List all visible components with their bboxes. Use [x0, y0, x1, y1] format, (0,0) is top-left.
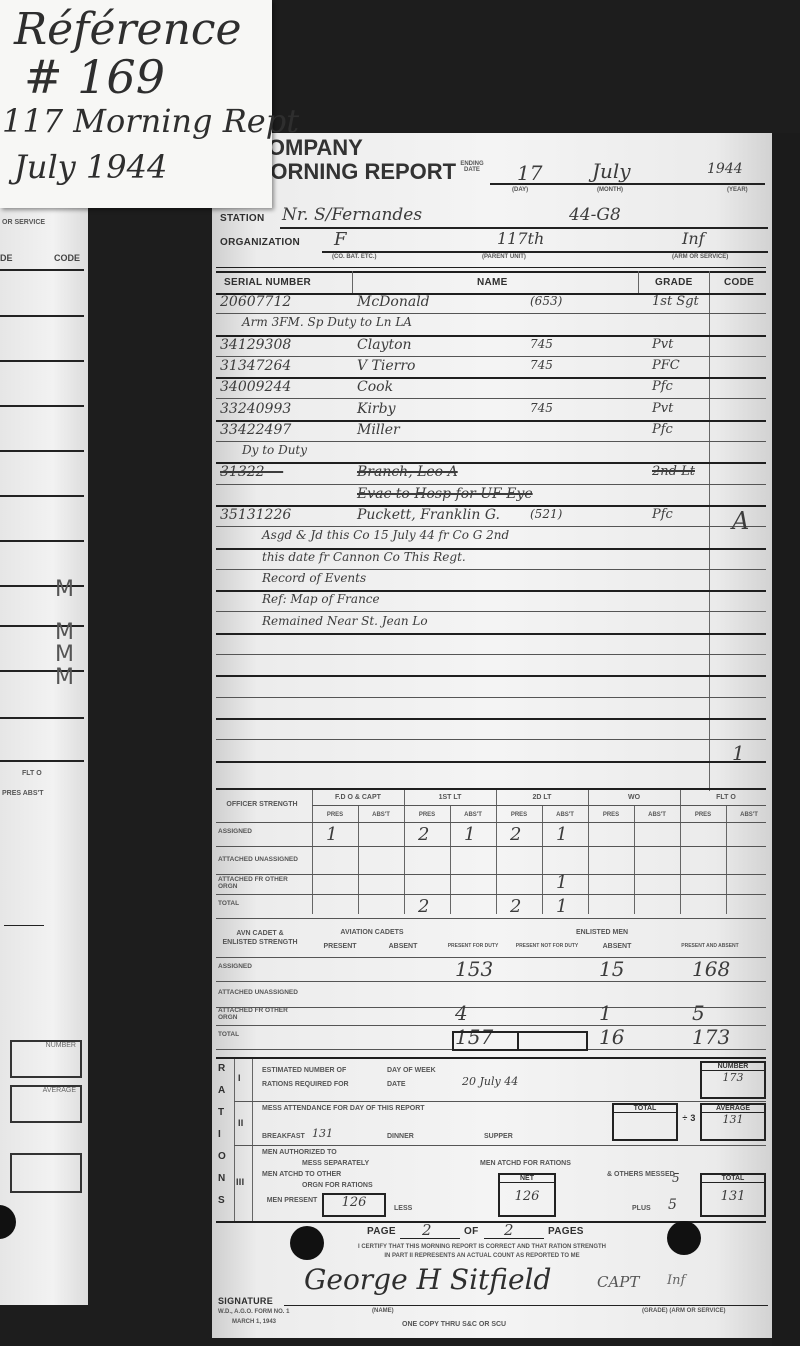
col-serial-number: SERIAL NUMBER	[224, 277, 311, 288]
left-rule	[0, 540, 84, 542]
table-row: Evac to Hosp for UF Eye	[212, 485, 772, 506]
officer-row-label: TOTAL	[218, 900, 308, 907]
rations-rule	[234, 1101, 766, 1102]
soldier-name: this date fr Cannon Co This Regt.	[262, 550, 466, 564]
officer-count: 1	[464, 824, 475, 845]
table-row: 35131226Puckett, Franklin G.(521)PfcA	[212, 506, 772, 527]
copy-note: ONE COPY THRU S&C OR SCU	[402, 1321, 506, 1328]
enlisted-rule	[216, 981, 766, 982]
rations-top-rule	[216, 1057, 766, 1059]
officer-count: 1	[556, 824, 567, 845]
table-row: 34009244CookPfc	[212, 378, 772, 399]
remark-row: Dy to Duty	[212, 442, 772, 463]
soldier-name: McDonald	[357, 294, 430, 310]
left-flt-o: FLT O	[22, 770, 42, 777]
serial-number: 33240993	[220, 401, 291, 417]
others-messed-label: & OTHERS MESSED	[607, 1171, 675, 1178]
enlisted-row-label: ASSIGNED	[218, 963, 308, 970]
soldier-name: Branch, Leo A	[357, 464, 458, 480]
ending-date-label: ENDING DATE	[457, 161, 487, 173]
atchd-for-rations-label: MEN ATCHD FOR RATIONS	[480, 1160, 571, 1167]
table-row	[212, 655, 772, 676]
left-average-box: AVERAGE	[10, 1085, 82, 1123]
officer-rule	[312, 805, 766, 806]
soldier-name: Record of Events	[262, 571, 366, 585]
left-rule	[0, 315, 84, 317]
officer-subcol: PRES	[588, 812, 634, 818]
specialty-code: 745	[530, 337, 553, 351]
col-code: CODE	[724, 277, 754, 288]
men-present-box: 126	[322, 1193, 386, 1217]
table-row	[212, 676, 772, 697]
section-ii-num: II	[238, 1118, 244, 1128]
left-rule	[0, 450, 84, 452]
enlisted-count: 1	[599, 1001, 612, 1025]
grade-sublabel: (GRADE) (ARM OR SERVICE)	[642, 1308, 726, 1314]
officer-subcol: ABS'T	[542, 812, 588, 818]
officer-col-divider	[496, 790, 497, 914]
organization-label: ORGANIZATION	[220, 237, 300, 248]
officer-strength-label: OFFICER STRENGTH	[222, 800, 302, 809]
rations-divider	[234, 1059, 235, 1221]
table-row	[212, 719, 772, 740]
enlisted-strength-table: AVN CADET & ENLISTED STRENGTHAVIATION CA…	[212, 923, 772, 1057]
enlisted-row-label: ATTACHED FR OTHER ORGN	[218, 1007, 308, 1021]
grade-value: CAPT	[597, 1273, 639, 1291]
grade: PFC	[652, 358, 680, 373]
specialty-code: (653)	[530, 294, 562, 308]
net-box: NET 126	[498, 1173, 556, 1217]
mess-total-box: TOTAL	[612, 1103, 678, 1141]
enlisted-row-label: ATTACHED UNASSIGNED	[218, 989, 308, 996]
dinner-label: DINNER	[387, 1133, 414, 1140]
header-rule	[216, 271, 766, 273]
organization-underline	[322, 251, 768, 253]
rations-rule	[234, 1145, 766, 1146]
signature-value: George H Sitfield	[304, 1263, 551, 1296]
enlisted-count: 4	[455, 1001, 468, 1025]
note-number: # 169	[24, 50, 165, 104]
sticky-note: Référence # 169 117 Morning Rept July 19…	[0, 0, 272, 208]
year-sublabel: (YEAR)	[727, 187, 748, 193]
certification-text: I CERTIFY THAT THIS MORNING REPORT IS CO…	[357, 1243, 607, 1261]
punch-hole-right	[667, 1221, 701, 1255]
ration-date-label: DATE	[387, 1081, 406, 1088]
soldier-name: Clayton	[357, 337, 412, 353]
date-month: July	[592, 159, 631, 183]
left-page-columns: DE CODE	[0, 253, 86, 263]
officer-col-divider	[312, 790, 313, 914]
left-mark: M	[55, 665, 74, 690]
rations-letter: R	[218, 1063, 226, 1074]
soldier-name: Remained Near St. Jean Lo	[262, 614, 428, 628]
serial-number: 31347264	[220, 358, 291, 374]
officer-group-header: 2D LT	[496, 794, 588, 801]
officer-rule	[216, 846, 766, 847]
enlisted-total-box-divider	[517, 1031, 519, 1051]
ration-number-label: NUMBER	[702, 1063, 764, 1071]
grade: Pfc	[652, 379, 673, 394]
row-rule	[216, 761, 766, 763]
soldier-name: V Tierro	[357, 358, 415, 374]
officer-subcol: ABS'T	[450, 812, 496, 818]
officer-strength-table: OFFICER STRENGTHF.D O & CAPT1ST LT2D LTW…	[212, 788, 772, 923]
enlisted-subcol: PRESENT FOR DUTY	[434, 943, 512, 949]
serial-number: 33422497	[220, 422, 291, 438]
enlisted-men-header: ENLISTED MEN	[542, 929, 662, 936]
soldier-name: Cook	[357, 379, 393, 395]
officer-row-label: ATTACHED UNASSIGNED	[218, 856, 308, 863]
grade: Pfc	[652, 507, 673, 522]
page-total: 2	[504, 1221, 514, 1239]
soldier-name: Dy to Duty	[242, 443, 307, 457]
breakfast-value: 131	[312, 1127, 333, 1140]
rations-letter: S	[218, 1195, 225, 1206]
status-code: 1	[732, 741, 745, 765]
col-name: NAME	[477, 277, 508, 288]
officer-rule	[216, 822, 766, 823]
serial-number: 35131226	[220, 507, 291, 523]
officer-subcol: PRES	[404, 812, 450, 818]
net-value: 126	[500, 1183, 554, 1204]
enlisted-count: 173	[692, 1025, 730, 1049]
org-company: F	[334, 229, 347, 250]
col-grade: GRADE	[655, 277, 693, 288]
day-sublabel: (DAY)	[512, 187, 528, 193]
left-rule	[0, 269, 84, 271]
left-col-de: DE	[0, 253, 13, 263]
section-i-label2: RATIONS REQUIRED FOR	[262, 1081, 349, 1088]
left-mark: M	[55, 577, 74, 602]
enlisted-subcol: PRESENT	[308, 943, 372, 950]
mess-average-box: AVERAGE 131	[700, 1103, 766, 1141]
enlisted-count: 153	[455, 957, 493, 981]
left-background-page: OR SERVICE DE CODE M M M M FLT O PRES AB…	[0, 205, 88, 1305]
left-mark: M	[55, 642, 74, 667]
soldier-name: Kirby	[357, 401, 396, 417]
note-description: 117 Morning Rept	[2, 102, 299, 140]
officer-count: 2	[510, 824, 521, 845]
note-reference: Référence	[14, 4, 242, 55]
officer-subcol: ABS'T	[634, 812, 680, 818]
grade: Pvt	[652, 337, 673, 352]
ration-total-value: 131	[702, 1183, 764, 1204]
divide-by-three: ÷ 3	[682, 1113, 696, 1123]
table-row: 31347264V Tierro745PFC	[212, 357, 772, 378]
station-extra: 44-G8	[569, 205, 621, 225]
remark-row: Asgd & Jd this Co 15 July 44 fr Co G 2nd	[212, 527, 772, 548]
left-rule	[0, 760, 84, 762]
officer-rule	[216, 788, 766, 790]
table-row: 33240993Kirby745Pvt	[212, 400, 772, 421]
officer-group-header: 1ST LT	[404, 794, 496, 801]
enlisted-subcol: ABSENT	[372, 943, 434, 950]
enlisted-strength-label: AVN CADET & ENLISTED STRENGTH	[220, 929, 300, 947]
form-number: W.D., A.G.O. FORM NO. 1	[218, 1309, 289, 1315]
date-day: 17	[517, 161, 542, 185]
auth-sep-label1: MEN AUTHORIZED TO	[262, 1149, 337, 1156]
pages-label: PAGES	[548, 1226, 584, 1237]
specialty-code: (521)	[530, 507, 562, 521]
officer-count: 1	[326, 824, 337, 845]
breakfast-label: BREAKFAST	[262, 1133, 305, 1140]
ration-total-label: TOTAL	[702, 1175, 764, 1183]
left-page-header: OR SERVICE	[2, 219, 45, 226]
name-sublabel: (NAME)	[372, 1308, 394, 1314]
atchd-other-label2: ORGN FOR RATIONS	[302, 1182, 373, 1189]
signature-underline	[284, 1305, 768, 1306]
officer-count: 2	[418, 896, 429, 917]
punch-hole-left	[290, 1226, 324, 1260]
col-divider	[352, 271, 353, 293]
month-sublabel: (MONTH)	[597, 187, 623, 193]
table-row	[212, 634, 772, 655]
section-i-num: I	[238, 1073, 241, 1083]
ration-total-box: TOTAL 131	[700, 1173, 766, 1217]
serial-number: 31322 ---	[220, 464, 283, 480]
left-total-box	[10, 1153, 82, 1193]
officer-subcol: PRES	[680, 812, 726, 818]
form-title-line2: MORNING REPORT	[252, 159, 456, 185]
org-unit-sublabel: (PARENT UNIT)	[482, 254, 526, 260]
enlisted-count: 15	[599, 957, 624, 981]
soldier-name: Asgd & Jd this Co 15 July 44 fr Co G 2nd	[262, 528, 509, 542]
left-pres-abst: PRES ABS'T	[2, 790, 43, 797]
rations-side-label: RATIONS	[216, 1061, 232, 1221]
less-label: LESS	[394, 1205, 412, 1212]
table-row: 1	[212, 740, 772, 761]
officer-rule	[216, 874, 766, 875]
grade: Pvt	[652, 401, 673, 416]
org-arm: Inf	[682, 229, 705, 248]
rations-divider	[252, 1059, 253, 1221]
rations-letter: A	[218, 1085, 226, 1096]
officer-subcol: PRES	[496, 812, 542, 818]
station-label: STATION	[220, 213, 265, 224]
remark-row: Arm 3FM. Sp Duty to Ln LA	[212, 314, 772, 335]
men-present-value: 126	[324, 1195, 384, 1210]
day-of-week-label: DAY OF WEEK	[387, 1067, 436, 1074]
enlisted-subcol: PRESENT AND ABSENT	[652, 943, 768, 949]
mess-attendance-label: MESS ATTENDANCE FOR DAY OF THIS REPORT	[262, 1105, 425, 1112]
note-date: July 1944	[14, 148, 167, 186]
officer-row-label: ASSIGNED	[218, 828, 308, 835]
left-col-code: CODE	[54, 253, 80, 263]
enlisted-total-box	[452, 1031, 588, 1051]
table-row: 33422497MillerPfc	[212, 421, 772, 442]
officer-group-header: FLT O	[680, 794, 772, 801]
soldier-name: Ref: Map of France	[262, 592, 380, 606]
plus-value: 5	[668, 1197, 677, 1213]
officer-rule	[216, 918, 766, 919]
morning-report-form: COMPANY MORNING REPORT ENDING DATE 17 Ju…	[212, 133, 772, 1338]
officer-count: 2	[510, 896, 521, 917]
serial-number: 34009244	[220, 379, 291, 395]
enlisted-count: 5	[692, 1001, 705, 1025]
officer-group-header: F.D O & CAPT	[312, 794, 404, 801]
org-unit: 117th	[497, 229, 544, 248]
officer-count: 2	[418, 824, 429, 845]
officer-count: 1	[556, 896, 567, 917]
enlisted-count: 168	[692, 957, 730, 981]
grade: Pfc	[652, 422, 673, 437]
station-value: Nr. S/Fernandes	[282, 205, 422, 225]
men-present-label: MEN PRESENT	[262, 1197, 322, 1204]
enlisted-row-label: TOTAL	[218, 1031, 308, 1038]
table-row: 20607712McDonald(653)1st Sgt	[212, 293, 772, 314]
officer-subcol: ABS'T	[726, 812, 772, 818]
of-label: OF	[464, 1226, 479, 1237]
mess-total-label: TOTAL	[614, 1105, 676, 1113]
soldier-name: Miller	[357, 422, 400, 438]
page-number: 2	[422, 1221, 432, 1239]
soldier-name: Evac to Hosp for UF Eye	[357, 486, 533, 502]
auth-sep-label2: MESS SEPARATELY	[302, 1160, 369, 1167]
left-punch-hole	[0, 1205, 16, 1239]
table-row	[212, 698, 772, 719]
specialty-code: 745	[530, 358, 553, 372]
enlisted-subcol: ABSENT	[582, 943, 652, 950]
officer-rule	[216, 894, 766, 895]
grade: 1st Sgt	[652, 294, 699, 309]
officer-subcol: PRES	[312, 812, 358, 818]
ration-number-value: 173	[702, 1071, 764, 1084]
officer-count: 1	[556, 872, 567, 893]
dark-background-edge	[772, 133, 800, 1346]
remark-row: Remained Near St. Jean Lo	[212, 613, 772, 634]
ration-number-box: NUMBER 173	[700, 1061, 766, 1099]
left-rule	[0, 717, 84, 719]
officer-col-divider	[404, 790, 405, 914]
remark-row: Record of Events	[212, 570, 772, 591]
plus-label: PLUS	[632, 1205, 651, 1212]
serial-number: 34129308	[220, 337, 291, 353]
officer-col-divider	[680, 790, 681, 914]
grade: 2nd Lt	[652, 464, 695, 479]
others-messed-value: 5	[672, 1171, 680, 1185]
officer-subcol: ABS'T	[358, 812, 404, 818]
serial-number: 20607712	[220, 294, 291, 310]
left-rule	[0, 495, 84, 497]
soldier-name: Arm 3FM. Sp Duty to Ln LA	[242, 315, 412, 329]
mess-average-value: 131	[702, 1113, 764, 1126]
left-number-box: NUMBER	[10, 1040, 82, 1078]
officer-group-header: WO	[588, 794, 680, 801]
date-year: 1944	[707, 161, 743, 177]
specialty-code: 745	[530, 401, 553, 415]
enlisted-subcol: PRESENT NOT FOR DUTY	[512, 943, 582, 949]
officer-col-divider	[588, 790, 589, 914]
ration-date-value: 20 July 44	[462, 1075, 518, 1088]
remark-row: Ref: Map of France	[212, 591, 772, 612]
signature-label: SIGNATURE	[218, 1296, 273, 1306]
left-rule	[0, 360, 84, 362]
pages-underline	[484, 1238, 544, 1239]
atchd-other-label1: MEN ATCHD TO OTHER	[262, 1171, 341, 1178]
aviation-cadets-header: AVIATION CADETS	[312, 929, 432, 936]
left-rule	[0, 405, 84, 407]
section-i-label1: ESTIMATED NUMBER OF	[262, 1067, 346, 1074]
table-row: 31322 ---Branch, Leo A2nd Lt	[212, 463, 772, 484]
header-rule	[216, 267, 766, 268]
org-arm-sublabel: (ARM OR SERVICE)	[672, 254, 728, 260]
officer-row-label: ATTACHED FR OTHER ORGN	[218, 876, 308, 890]
rations-letter: I	[218, 1129, 221, 1140]
net-label: NET	[500, 1175, 554, 1183]
arm-value: Inf	[667, 1273, 685, 1288]
section-iii-num: III	[236, 1177, 244, 1187]
enlisted-count: 16	[599, 1025, 624, 1049]
left-rule	[4, 925, 44, 926]
rations-letter: O	[218, 1151, 226, 1162]
soldier-name: Puckett, Franklin G.	[357, 507, 500, 523]
org-company-sublabel: (CO. BAT. ETC.)	[332, 254, 377, 260]
rations-letter: T	[218, 1107, 224, 1118]
supper-label: SUPPER	[484, 1133, 513, 1140]
form-date: MARCH 1, 1943	[232, 1319, 276, 1325]
mess-average-label: AVERAGE	[702, 1105, 764, 1113]
rations-letter: N	[218, 1173, 226, 1184]
remark-row: this date fr Cannon Co This Regt.	[212, 549, 772, 570]
table-row: 34129308Clayton745Pvt	[212, 336, 772, 357]
page-label: PAGE	[367, 1226, 396, 1237]
col-divider	[638, 271, 639, 293]
